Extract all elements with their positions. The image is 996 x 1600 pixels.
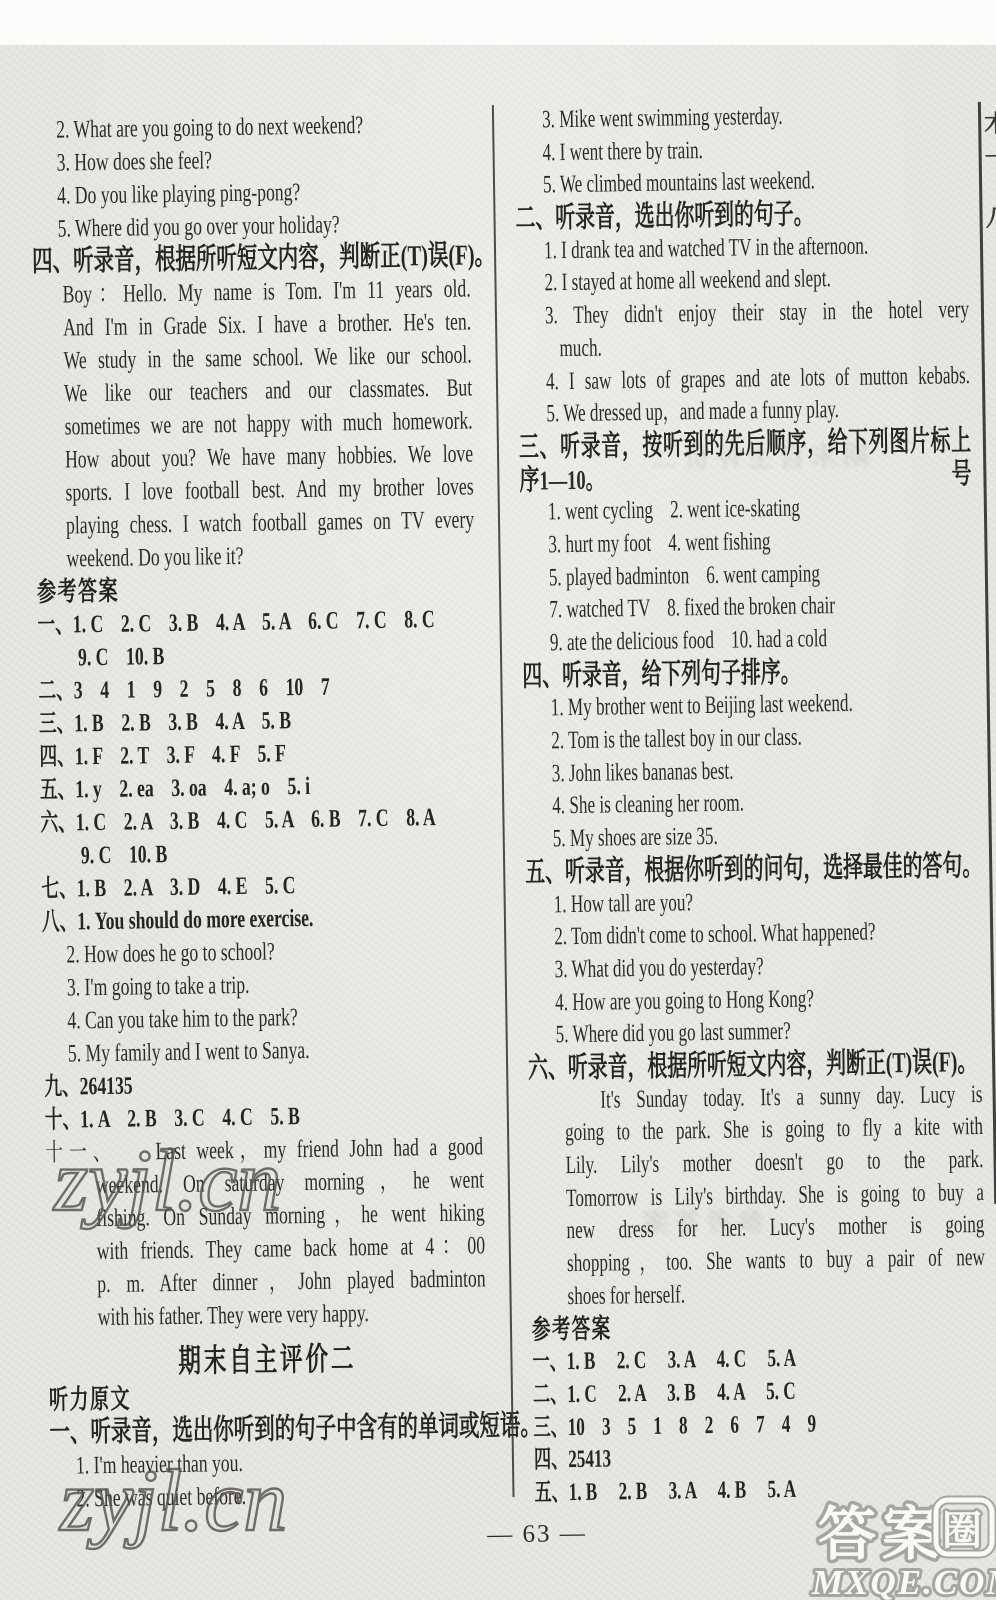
right-column: 3. Mike went swimming yesterday. 4. I we…	[514, 95, 996, 1510]
watermark-zyjl: zyjl.cn	[52, 1438, 332, 1568]
watermark-zyjl-text: zyjl.cn	[53, 1133, 281, 1230]
scanned-sheet: 期末自主评价二 参考答案 2. What are you going to do…	[0, 0, 996, 1600]
adjacent-page-fragment: 木	[984, 103, 996, 138]
watermark-zyjl: zyjl.cn	[46, 1118, 326, 1248]
page-number: — 63 —	[467, 1520, 607, 1550]
watermark-zyjl-text: zyjl.cn	[59, 1453, 287, 1550]
adjacent-page-fragment: 八	[985, 197, 996, 232]
passage-line: with his father. They were very happy.	[98, 1295, 487, 1334]
exam-title: 期末自主评价二	[48, 1340, 486, 1379]
brand-site-text: MXQE.COM	[811, 1563, 996, 1600]
brand-badge-text: 圈	[942, 1508, 982, 1553]
adjacent-page-fragment: 一	[984, 137, 996, 172]
brand-name-text: 答案	[818, 1502, 946, 1567]
watermark-brand: 答案 答案 圈 圈 MXQE.COM MXQE.COM	[700, 1492, 996, 1600]
